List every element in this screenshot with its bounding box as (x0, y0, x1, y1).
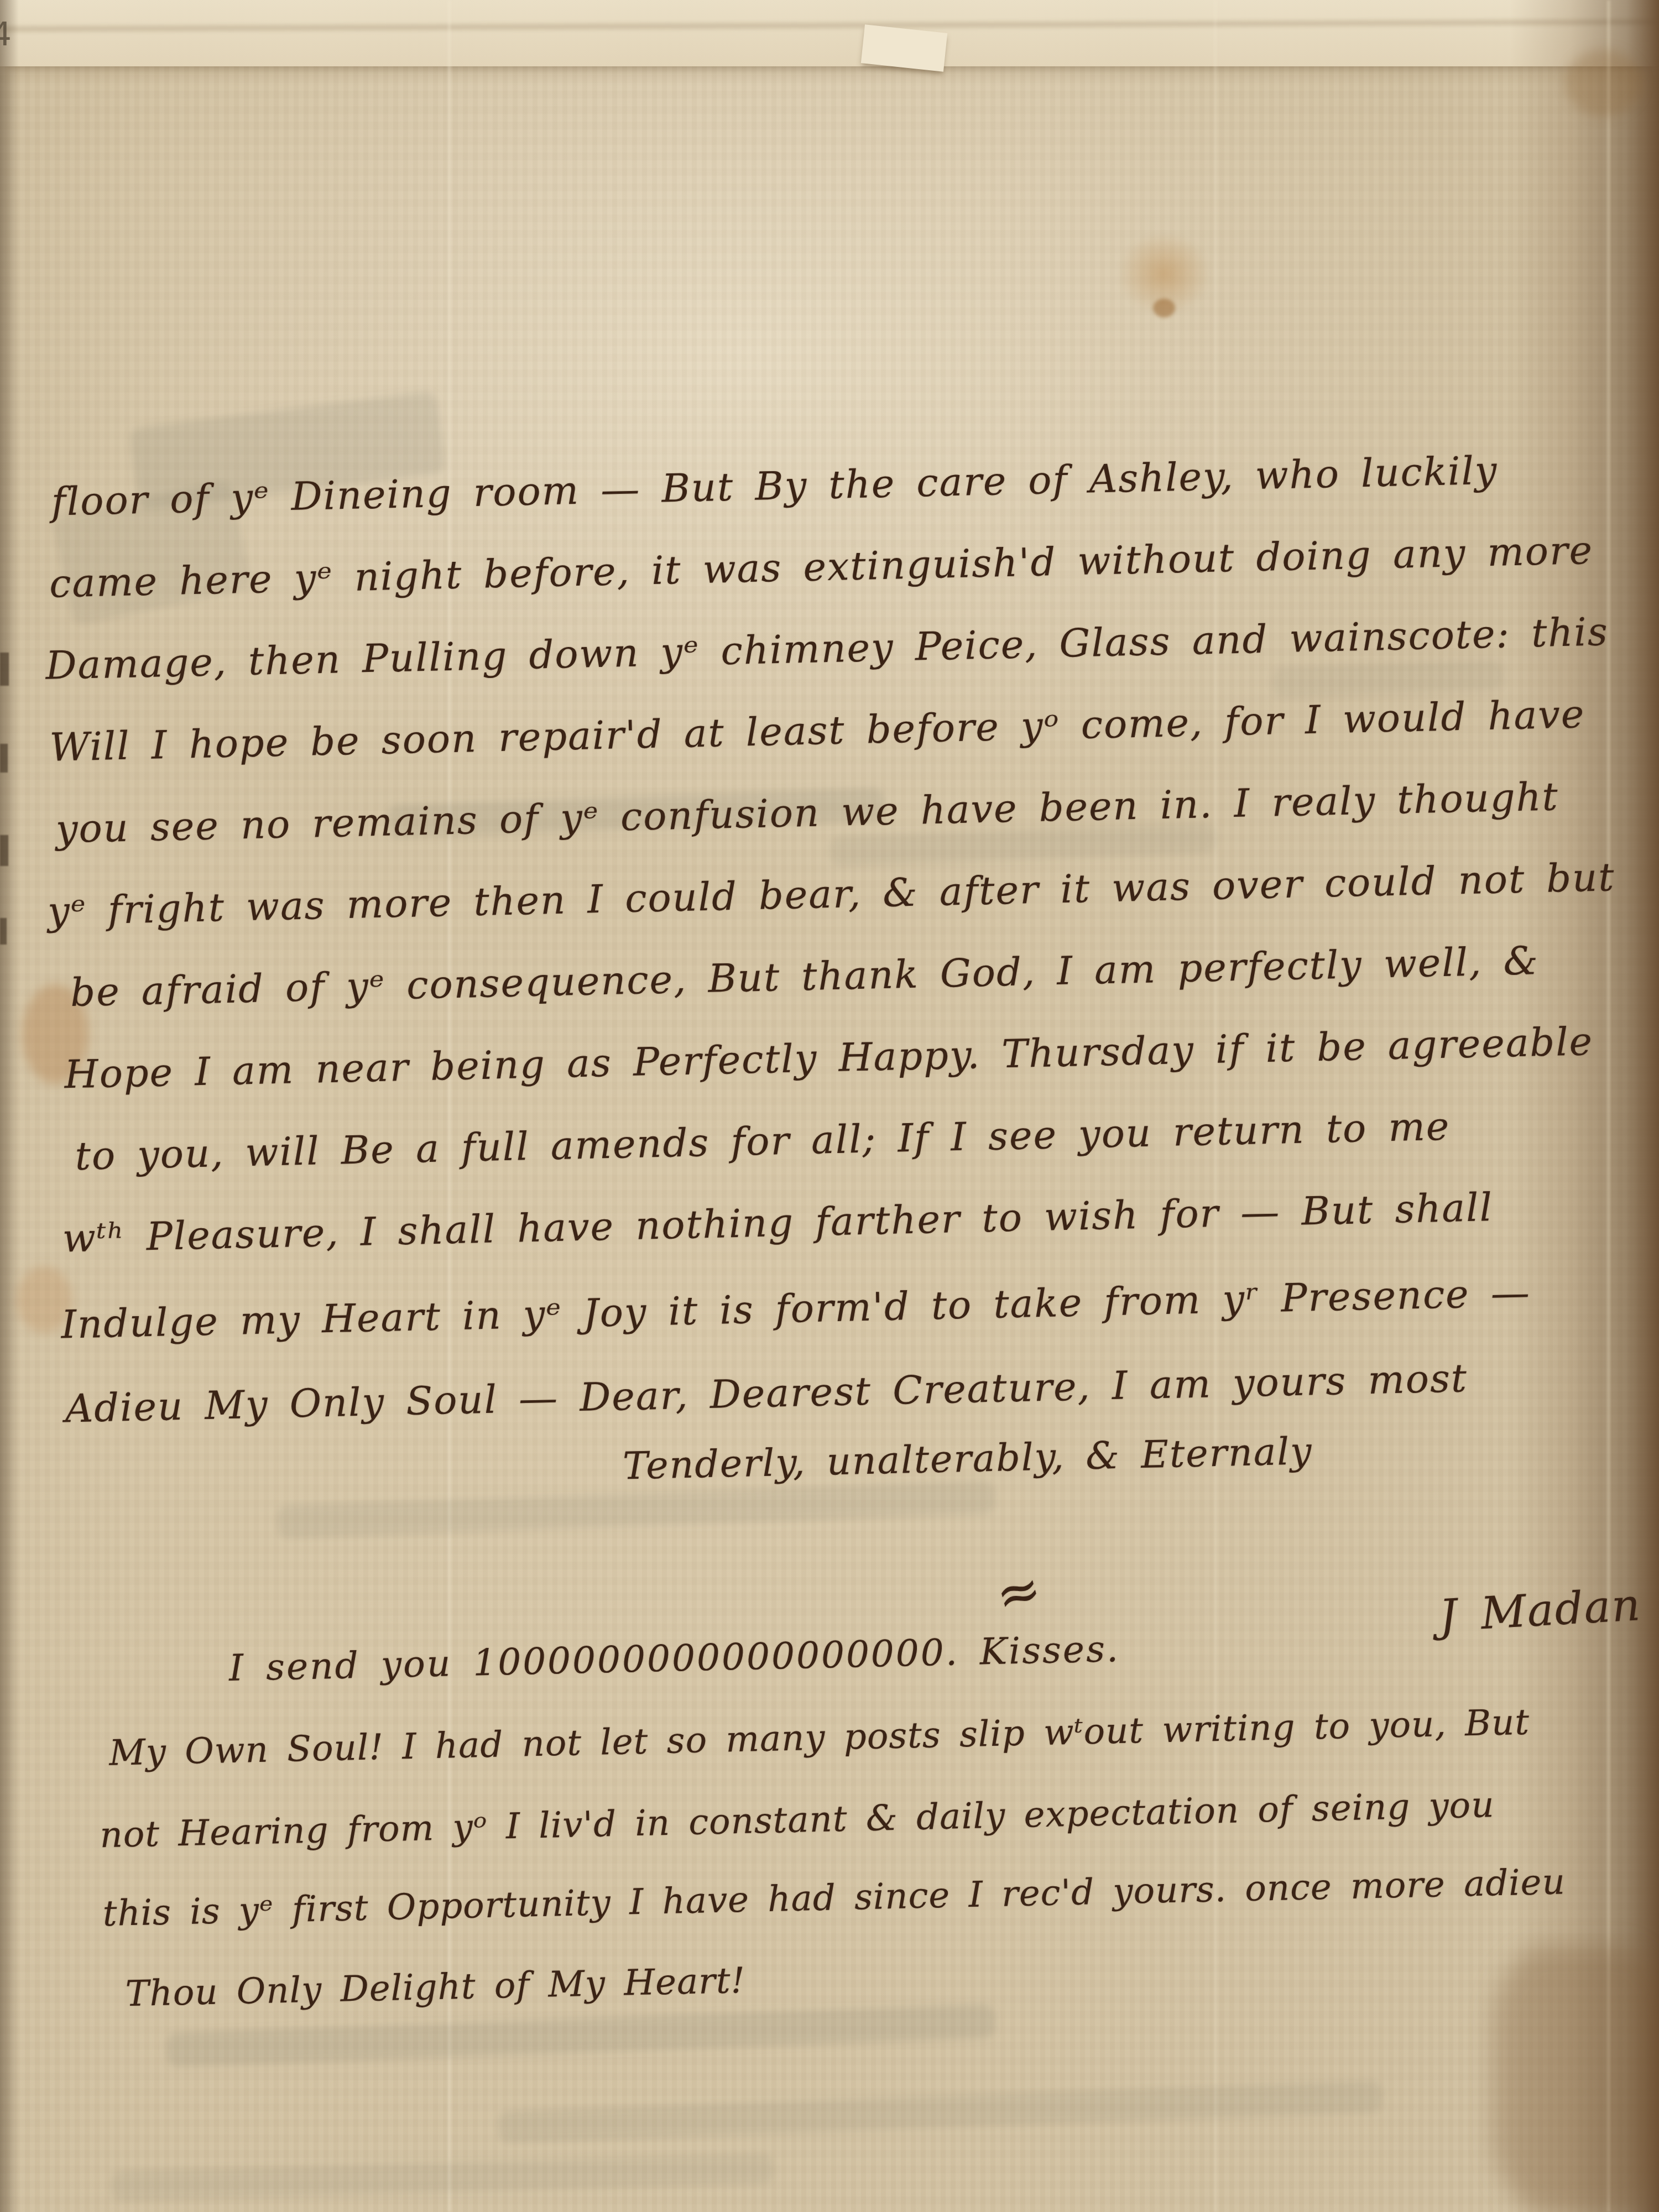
signature: J Madan (1438, 1583, 1642, 1639)
letter-line: you see no remains of yᵉ confusion we ha… (55, 777, 1559, 848)
letter-line: Hope I am near being as Perfectly Happy.… (64, 1022, 1594, 1094)
letter-line: Indulge my Heart in yᵉ Joy it is form'd … (61, 1274, 1531, 1344)
postscript-line: this is yᵉ first Opportunity I have had … (102, 1864, 1566, 1932)
kisses-line: I send you 1000000000000000000. Kisses. (228, 1631, 1120, 1687)
closing-line: Tenderly, unalterably, & Eternaly (623, 1433, 1313, 1485)
postscript-line: Thou Only Delight of My Heart! (125, 1963, 746, 2012)
letter-line: came here yᵉ night before, it was exting… (49, 531, 1593, 603)
letter-line: floor of yᵉ Dineing room — But By the ca… (51, 451, 1498, 521)
letter-line: wᵗʰ Pleasure, I shall have nothing farth… (62, 1188, 1493, 1258)
letter-line: Will I hope be soon repair'd at least be… (49, 695, 1585, 767)
letter-line: to you, will Be a full amends for all; I… (75, 1107, 1451, 1176)
letter-line: Adieu My Only Soul — Dear, Dearest Creat… (65, 1359, 1468, 1428)
letter-page: 4 floor of yᵉ Dineing room — But By the … (0, 0, 1659, 2212)
left-edge-mark (0, 918, 7, 945)
postscript-line: My Own Soul! I had not let so many posts… (109, 1705, 1530, 1771)
letter-line: Damage, then Pulling down yᵉ chimney Pei… (45, 612, 1609, 685)
flourish-icon: ≈ (989, 1556, 1048, 1627)
letter-text: floor of yᵉ Dineing room — But By the ca… (0, 0, 1659, 2212)
letter-line: be afraid of yᵉ consequence, But thank G… (70, 941, 1540, 1012)
letter-line: yᵉ fright was more then I could bear, & … (47, 858, 1615, 931)
postscript-line: not Hearing from yᵒ I liv'd in constant … (100, 1787, 1495, 1853)
